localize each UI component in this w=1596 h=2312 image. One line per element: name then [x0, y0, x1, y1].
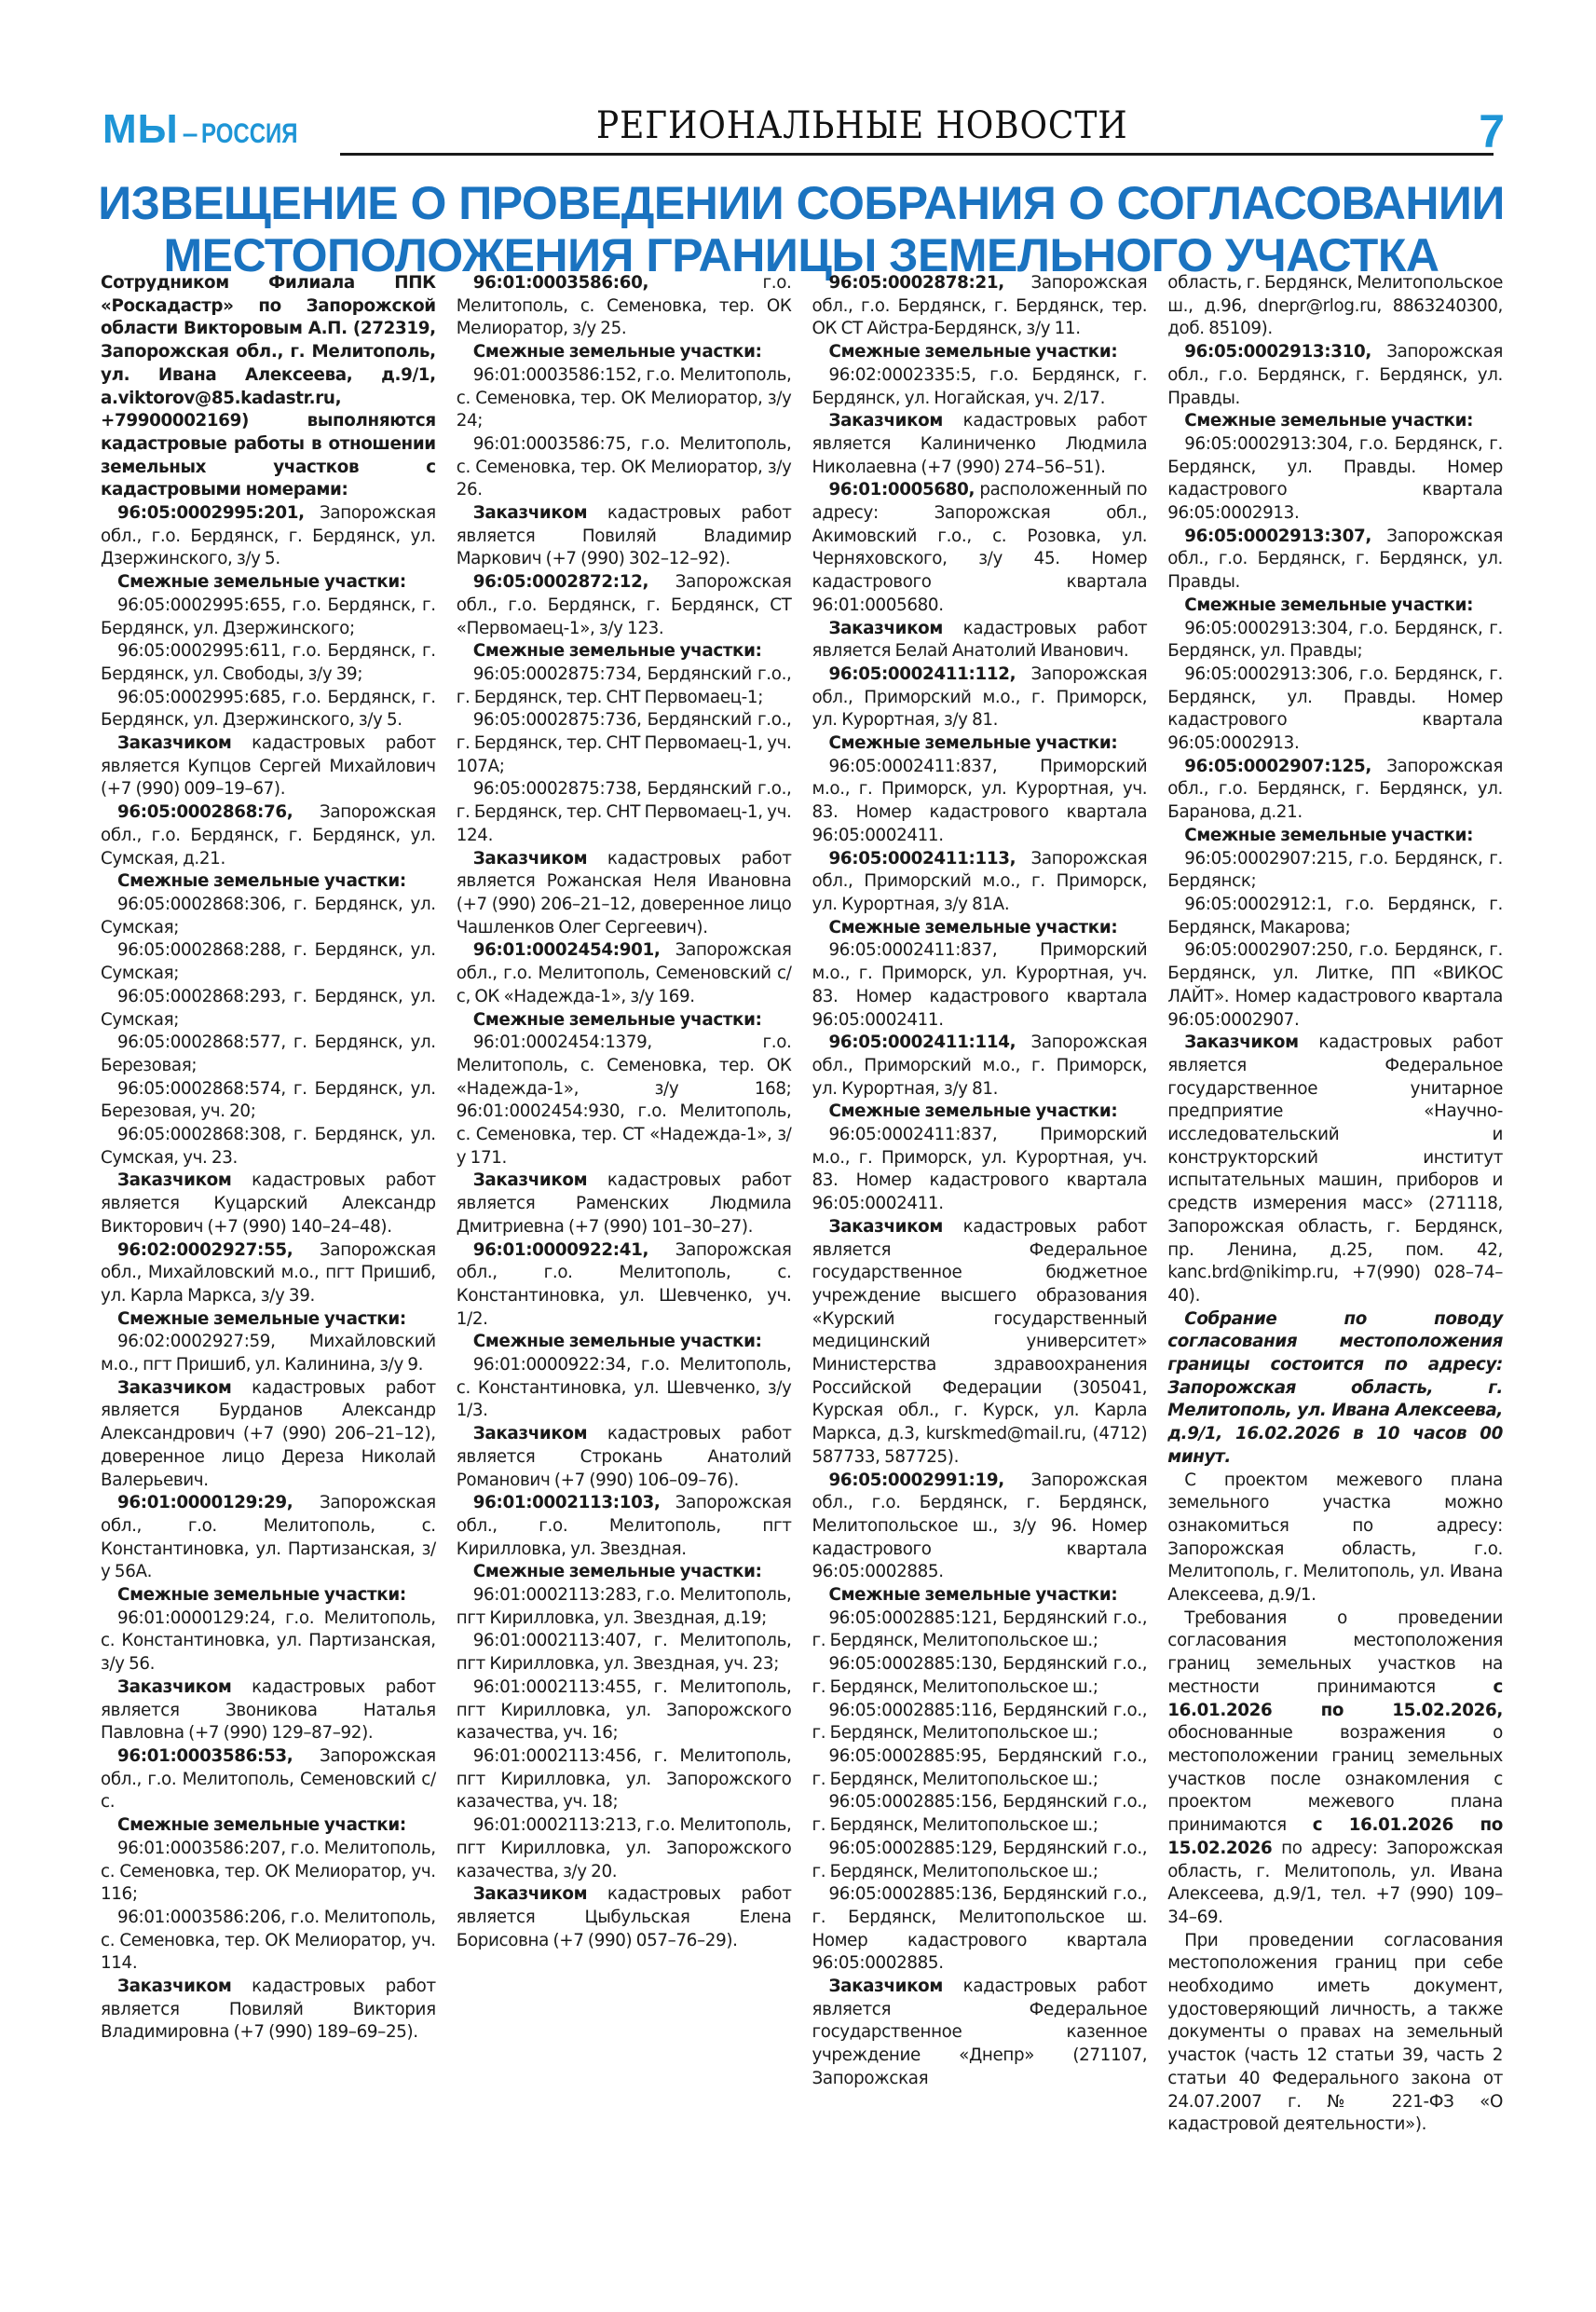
brand-dash: – — [183, 118, 198, 149]
adjacent-parcel: 96:02:0002335:5, г.о. Бердянск, г. Бердя… — [812, 364, 1148, 410]
headline-line-1: ИЗВЕЩЕНИЕ О ПРОВЕДЕНИИ СОБРАНИЯ О СОГЛАС… — [89, 177, 1514, 229]
adjacent-parcel: 96:01:0002113:407, г. Мелитополь, пгт Ки… — [457, 1630, 792, 1676]
adjacent-heading: Смежные земельные участки: — [812, 917, 1148, 940]
adjacent-parcel: 96:05:0002913:304, г.о. Бердянск, г. Бер… — [1167, 433, 1503, 526]
masthead: МЫ–РОССИЯ РЕГИОНАЛЬНЫЕ НОВОСТИ 7 — [102, 104, 1505, 160]
parcel-entry: 96:05:0002907:125, Запорожская обл., г.о… — [1167, 756, 1503, 825]
header-rule — [340, 153, 1494, 156]
parcel-entry: 96:02:0002927:55, Запорожская обл., Миха… — [101, 1239, 436, 1308]
parcel-entry: 96:01:0000922:41, Запорожская обл., г.о.… — [457, 1239, 792, 1332]
customer-entry: Заказчиком кадастровых работ является Бе… — [812, 618, 1148, 664]
customer-entry: Заказчиком кадастровых работ является Ра… — [457, 1170, 792, 1238]
parcel-entry: 96:05:0002872:12, Запорожская обл., г.о.… — [457, 571, 792, 640]
column-2: 96:01:0003586:60, г.о. Мелитополь, с. Се… — [457, 272, 792, 2229]
adjacent-parcel: 96:01:0002113:283, г.о. Мелитополь, пгт … — [457, 1584, 792, 1630]
column-4: область, г. Бердянск, Мелитопольское ш.,… — [1167, 272, 1503, 2229]
adjacent-parcel: 96:05:0002907:250, г.о. Бердянск, г. Бер… — [1167, 939, 1503, 1032]
adjacent-parcel: 96:01:0003586:206, г.о. Мелитополь, с. С… — [101, 1907, 436, 1976]
adjacent-parcel: 96:05:0002995:655, г.о. Бердянск, г. Бер… — [101, 595, 436, 640]
parcel-entry: 96:05:0002868:76, Запорожская обл., г.о.… — [101, 801, 436, 870]
adjacent-parcel: 96:05:0002868:306, г. Бердянск, ул. Сумс… — [101, 894, 436, 939]
adjacent-heading: Смежные земельные участки: — [457, 640, 792, 664]
adjacent-parcel: 96:05:0002885:136, Бердянский г.о., г. Б… — [812, 1883, 1148, 1976]
adjacent-heading: Смежные земельные участки: — [457, 1561, 792, 1584]
adjacent-parcel: 96:01:0002113:455, г. Мелитополь, пгт Ки… — [457, 1676, 792, 1745]
parcel-entry: 96:01:0003586:53, Запорожская обл., г.о.… — [101, 1745, 436, 1814]
parcel-entry: 96:01:0002113:103, Запорожская обл., г.о… — [457, 1492, 792, 1561]
project-notice: С проектом межевого плана земельного уча… — [1167, 1470, 1503, 1607]
parcel-entry: 96:05:0002913:307, Запорожская обл., г.о… — [1167, 526, 1503, 595]
customer-entry: Заказчиком кадастровых работ является Ка… — [812, 410, 1148, 479]
adjacent-heading: Смежные земельные участки: — [812, 1101, 1148, 1124]
adjacent-heading: Смежные земельные участки: — [457, 341, 792, 364]
parcel-entry: 96:05:0002411:114, Запорожская обл., При… — [812, 1032, 1148, 1101]
adjacent-parcel: 96:05:0002885:116, Бердянский г.о., г. Б… — [812, 1700, 1148, 1745]
documents-notice: При проведении согласования местоположен… — [1167, 1930, 1503, 2137]
customer-entry: Заказчиком кадастровых работ является Цы… — [457, 1883, 792, 1952]
adjacent-parcel: 96:01:0000129:24, г.о. Мелитополь, с. Ко… — [101, 1607, 436, 1676]
customer-entry: Заказчиком кадастровых работ является Фе… — [812, 1216, 1148, 1470]
article-headline: ИЗВЕЩЕНИЕ О ПРОВЕДЕНИИ СОБРАНИЯ О СОГЛАС… — [89, 177, 1514, 281]
adjacent-parcel: 96:05:0002995:685, г.о. Бердянск, г. Бер… — [101, 687, 436, 732]
adjacent-heading: Смежные земельные участки: — [101, 1584, 436, 1607]
customer-entry: Заказчиком кадастровых работ является По… — [457, 502, 792, 571]
customer-entry: Заказчиком кадастровых работ является По… — [101, 1976, 436, 2045]
adjacent-heading: Смежные земельные участки: — [457, 1009, 792, 1033]
adjacent-heading: Смежные земельные участки: — [101, 1308, 436, 1332]
intro-paragraph: Сотрудником Филиала ППК «Роскадастр» по … — [101, 272, 436, 502]
customer-entry: Заказчиком кадастровых работ является Ку… — [101, 1170, 436, 1238]
parcel-entry: 96:05:0002411:112, Запорожская обл., При… — [812, 664, 1148, 732]
adjacent-heading: Смежные земельные участки: — [1167, 825, 1503, 848]
parcel-entry: 96:01:0000129:29, Запорожская обл., г.о.… — [101, 1492, 436, 1584]
adjacent-parcel: 96:05:0002868:574, г. Бердянск, ул. Бере… — [101, 1078, 436, 1124]
adjacent-parcel: 96:05:0002868:293, г. Бердянск, ул. Сумс… — [101, 986, 436, 1032]
adjacent-parcel: 96:05:0002868:577, г. Бердянск, ул. Бере… — [101, 1032, 436, 1077]
adjacent-heading: Смежные земельные участки: — [812, 732, 1148, 756]
adjacent-parcel: 96:01:0003586:207, г.о. Мелитополь, с. С… — [101, 1838, 436, 1907]
customer-entry: Заказчиком кадастровых работ является Фе… — [1167, 1032, 1503, 1307]
adjacent-parcel: 96:05:0002907:215, г.о. Бердянск, г. Бер… — [1167, 848, 1503, 894]
adjacent-heading: Смежные земельные участки: — [457, 1331, 792, 1354]
adjacent-parcel: 96:05:0002885:130, Бердянский г.о., г. Б… — [812, 1653, 1148, 1699]
adjacent-heading: Смежные земельные участки: — [1167, 595, 1503, 618]
adjacent-parcel: 96:05:0002868:288, г. Бердянск, ул. Сумс… — [101, 939, 436, 985]
adjacent-parcel: 96:05:0002885:121, Бердянский г.о., г. Б… — [812, 1607, 1148, 1653]
adjacent-parcel: 96:01:0003586:75, г.о. Мелитополь, с. Се… — [457, 433, 792, 502]
adjacent-parcel: 96:05:0002912:1, г.о. Бердянск, г. Бердя… — [1167, 894, 1503, 939]
parcel-entry: 96:05:0002411:113, Запорожская обл., При… — [812, 848, 1148, 917]
parcel-entry: 96:05:0002913:310, Запорожская обл., г.о… — [1167, 341, 1503, 410]
brand-russia: РОССИЯ — [201, 118, 298, 150]
section-title: РЕГИОНАЛЬНЫЕ НОВОСТИ — [596, 104, 1128, 147]
parcel-entry: 96:05:0002991:19, Запорожская обл., г.о.… — [812, 1470, 1148, 1585]
parcel-entry: 96:01:0003586:60, г.о. Мелитополь, с. Се… — [457, 272, 792, 341]
customer-entry: Заказчиком кадастровых работ является Зв… — [101, 1676, 436, 1745]
adjacent-parcel: 96:02:0002927:59, Михайловский м.о., пгт… — [101, 1331, 436, 1376]
adjacent-parcel: 96:01:0002113:456, г. Мелитополь, пгт Ки… — [457, 1745, 792, 1814]
adjacent-heading: Смежные земельные участки: — [812, 341, 1148, 364]
customer-entry: Заказчиком кадастровых работ является Ст… — [457, 1423, 792, 1492]
adjacent-parcel: 96:05:0002995:611, г.о. Бердянск, г. Бер… — [101, 640, 436, 686]
adjacent-heading: Смежные земельные участки: — [101, 870, 436, 894]
parcel-entry: 96:05:0002878:21, Запорожская обл., г.о.… — [812, 272, 1148, 341]
parcel-entry: 96:05:0002995:201, Запорожская обл., г.о… — [101, 502, 436, 571]
parcel-entry: 96:01:0005680, расположенный по адресу: … — [812, 479, 1148, 617]
adjacent-parcel: 96:01:0002113:213, г.о. Мелитополь, пгт … — [457, 1814, 792, 1883]
column-1: Сотрудником Филиала ППК «Роскадастр» по … — [101, 272, 436, 2229]
adjacent-parcel: 96:05:0002411:837, Приморский м.о., г. П… — [812, 756, 1148, 848]
customer-entry: Заказчиком кадастровых работ является Ро… — [457, 848, 792, 940]
adjacent-parcel: 96:05:0002885:95, Бердянский г.о., г. Бе… — [812, 1745, 1148, 1791]
adjacent-parcel: 96:05:0002875:738, Бердянский г.о., г. Б… — [457, 778, 792, 847]
adjacent-heading: Смежные земельные участки: — [101, 571, 436, 595]
adjacent-parcel: 96:05:0002875:736, Бердянский г.о., г. Б… — [457, 709, 792, 778]
adjacent-parcel: 96:05:0002868:308, г. Бердянск, ул. Сумс… — [101, 1124, 436, 1170]
brand-we: МЫ — [102, 106, 179, 152]
continued-text: область, г. Бердянск, Мелитопольское ш.,… — [1167, 272, 1503, 341]
column-3: 96:05:0002878:21, Запорожская обл., г.о.… — [812, 272, 1148, 2229]
adjacent-heading: Смежные земельные участки: — [1167, 410, 1503, 433]
adjacent-parcel: 96:05:0002411:837, Приморский м.о., г. П… — [812, 1124, 1148, 1216]
adjacent-parcel: 96:05:0002913:306, г.о. Бердянск, г. Бер… — [1167, 664, 1503, 756]
parcel-entry: 96:01:0002454:901, Запорожская обл., г.о… — [457, 939, 792, 1008]
page-number: 7 — [1479, 104, 1505, 158]
adjacent-parcel: 96:05:0002411:837, Приморский м.о., г. П… — [812, 939, 1148, 1032]
adjacent-parcel: 96:05:0002885:129, Бердянский г.о., г. Б… — [812, 1838, 1148, 1883]
adjacent-parcel: 96:05:0002875:734, Бердянский г.о., г. Б… — [457, 664, 792, 709]
adjacent-heading: Смежные земельные участки: — [101, 1814, 436, 1838]
adjacent-parcel: 96:05:0002913:304, г.о. Бердянск, г. Бер… — [1167, 618, 1503, 664]
customer-entry: Заказчиком кадастровых работ является Фе… — [812, 1976, 1148, 2091]
customer-entry: Заказчиком кадастровых работ является Бу… — [101, 1377, 436, 1493]
meeting-notice: Собрание по поводу согласования местопол… — [1167, 1308, 1503, 1470]
adjacent-parcel: 96:05:0002885:156, Бердянский г.о., г. Б… — [812, 1791, 1148, 1837]
adjacent-parcel: 96:01:0003586:152, г.о. Мелитополь, с. С… — [457, 364, 792, 433]
adjacent-parcel: 96:01:0002454:1379, г.о. Мелитополь, с. … — [457, 1032, 792, 1170]
brand-logo: МЫ–РОССИЯ — [102, 106, 322, 153]
requirements-notice: Требования о проведении согласования мес… — [1167, 1607, 1503, 1930]
article-body: Сотрудником Филиала ППК «Роскадастр» по … — [101, 272, 1503, 2229]
customer-entry: Заказчиком кадастровых работ является Ку… — [101, 732, 436, 801]
adjacent-heading: Смежные земельные участки: — [812, 1584, 1148, 1607]
adjacent-parcel: 96:01:0000922:34, г.о. Мелитополь, с. Ко… — [457, 1354, 792, 1423]
